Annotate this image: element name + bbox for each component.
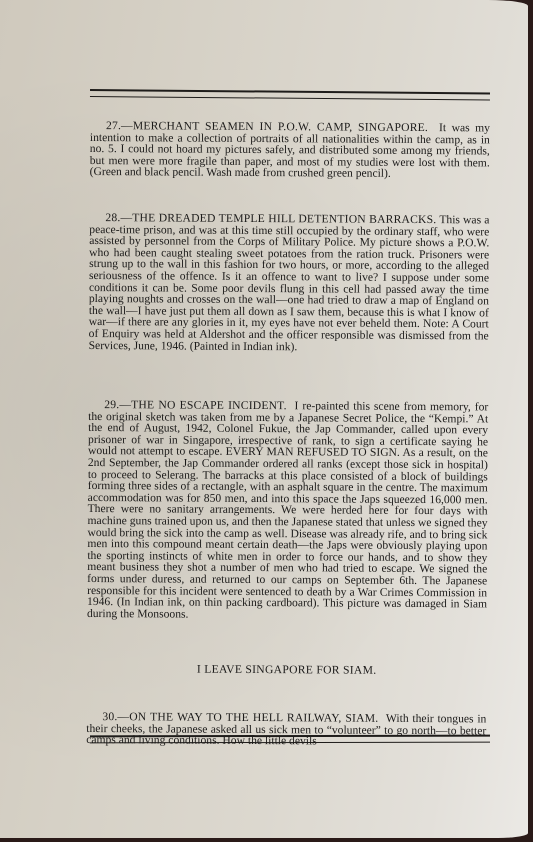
bottom-double-rule	[90, 735, 490, 744]
entry-28-body: This was a peace-time prison, and was at…	[89, 213, 490, 353]
page-text: 27.—MERCHANT SEAMEN IN P.O.W. CAMP, SING…	[86, 120, 490, 748]
entry-28: 28.—THE DREADED TEMPLE HILL DETENTION BA…	[89, 212, 490, 354]
book-page: 27.—MERCHANT SEAMEN IN P.O.W. CAMP, SING…	[0, 0, 528, 838]
top-double-rule	[90, 89, 490, 100]
entry-29-body: I re-painted this scene from memory, for…	[87, 399, 488, 620]
section-title: I LEAVE SINGAPORE FOR SIAM.	[87, 663, 487, 677]
entry-27: 27.—MERCHANT SEAMEN IN P.O.W. CAMP, SING…	[90, 120, 490, 180]
entry-29: 29.—THE NO ESCAPE INCIDENT. I re-painted…	[87, 399, 488, 622]
